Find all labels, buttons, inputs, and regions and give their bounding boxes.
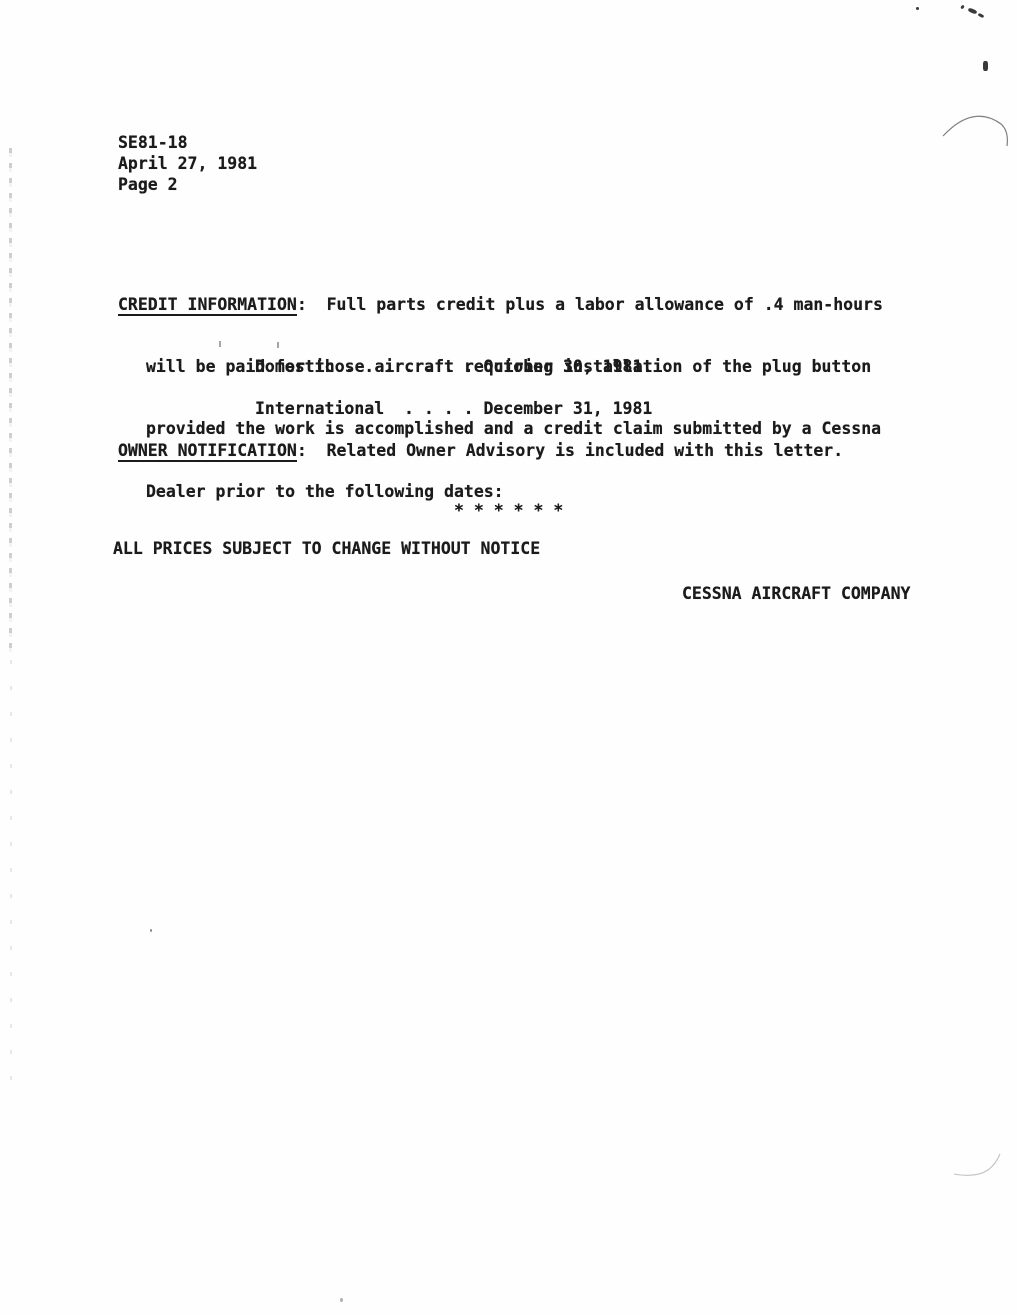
owner-notification-section: OWNER NOTIFICATION: Related Owner Adviso… — [118, 440, 843, 461]
scan-speck — [960, 5, 965, 10]
credit-information-intro-line: CREDIT INFORMATION: Full parts credit pl… — [118, 295, 883, 316]
credit-information-intro-text: : Full parts credit plus a labor allowan… — [297, 295, 883, 314]
scan-speck — [978, 13, 985, 18]
asterisk-separator: * * * * * * — [454, 500, 563, 521]
doc-date: April 27, 1981 — [118, 153, 257, 174]
schedule-domestic-line: Domestic . . . . . . . October 30, 1981. — [255, 356, 652, 377]
schedule-international-line: International . . . . December 31, 1981 — [255, 398, 652, 419]
scan-speck — [983, 61, 988, 71]
prices-notice: ALL PRICES SUBJECT TO CHANGE WITHOUT NOT… — [113, 538, 540, 559]
credit-information-label: CREDIT INFORMATION — [118, 295, 297, 316]
scan-speck — [916, 7, 919, 10]
doc-ref-number: SE81-18 — [118, 132, 188, 153]
scan-artifact-left-edge-lower — [10, 660, 12, 1080]
scan-artifact-curve-top-right — [935, 100, 1015, 150]
scan-artifact-curve-bottom-right — [950, 1148, 1010, 1184]
scan-speck — [968, 7, 978, 14]
owner-notification-text: : Related Owner Advisory is included wit… — [297, 441, 843, 460]
scan-speck — [340, 1298, 343, 1302]
credit-information-line: provided the work is accomplished and a … — [146, 419, 883, 440]
document-page: SE81-18 April 27, 1981 Page 2 CREDIT INF… — [0, 0, 1017, 1315]
doc-page-number: Page 2 — [118, 174, 178, 195]
owner-notification-label: OWNER NOTIFICATION — [118, 441, 297, 462]
scan-speck — [150, 929, 152, 932]
scan-artifact-left-edge — [9, 148, 12, 658]
company-signature: CESSNA AIRCRAFT COMPANY — [682, 583, 910, 604]
